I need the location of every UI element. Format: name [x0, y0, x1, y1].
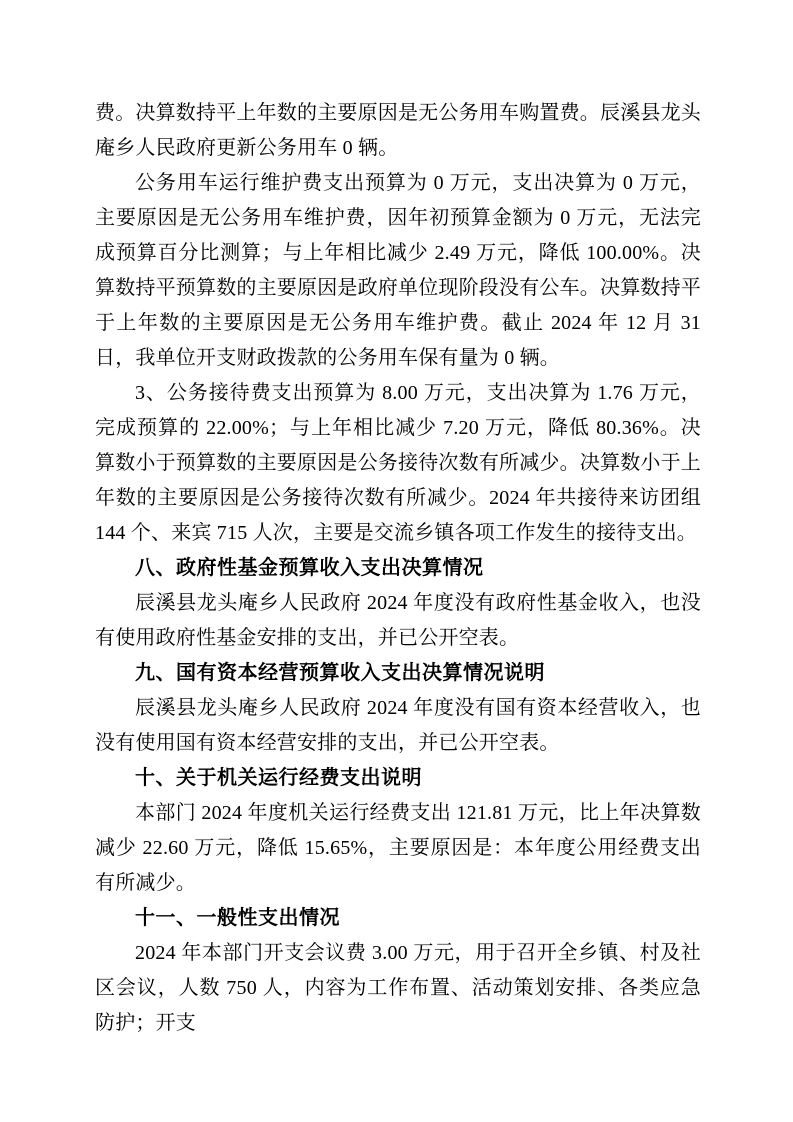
paragraph-official-reception: 3、公务接待费支出预算为 8.00 万元，支出决算为 1.76 万元，完成预算的… [95, 376, 701, 551]
paragraph-government-funds: 辰溪县龙头庵乡人民政府 2024 年度没有政府性基金收入，也没有使用政府性基金安… [95, 586, 701, 656]
section-heading-operating-expenses: 十、关于机关运行经费支出说明 [95, 761, 701, 796]
section-heading-general-expenditure: 十一、一般性支出情况 [95, 901, 701, 936]
paragraph-vehicle-maintenance: 公务用车运行维护费支出预算为 0 万元，支出决算为 0 万元，主要原因是无公务用… [95, 166, 701, 376]
paragraph-general-expenditure: 2024 年本部门开支会议费 3.00 万元，用于召开全乡镇、村及社区会议，人数… [95, 936, 701, 1041]
document-page: 费。决算数持平上年数的主要原因是无公务用车购置费。辰溪县龙头庵乡人民政府更新公务… [0, 0, 793, 1122]
section-heading-state-capital: 九、国有资本经营预算收入支出决算情况说明 [95, 656, 701, 691]
paragraph-operating-expenses: 本部门 2024 年度机关运行经费支出 121.81 万元，比上年决算数减少 2… [95, 796, 701, 901]
document-body: 费。决算数持平上年数的主要原因是无公务用车购置费。辰溪县龙头庵乡人民政府更新公务… [95, 96, 701, 1041]
paragraph-vehicle-purchase-continuation: 费。决算数持平上年数的主要原因是无公务用车购置费。辰溪县龙头庵乡人民政府更新公务… [95, 96, 701, 166]
section-heading-government-funds: 八、政府性基金预算收入支出决算情况 [95, 551, 701, 586]
paragraph-state-capital: 辰溪县龙头庵乡人民政府 2024 年度没有国有资本经营收入，也没有使用国有资本经… [95, 691, 701, 761]
